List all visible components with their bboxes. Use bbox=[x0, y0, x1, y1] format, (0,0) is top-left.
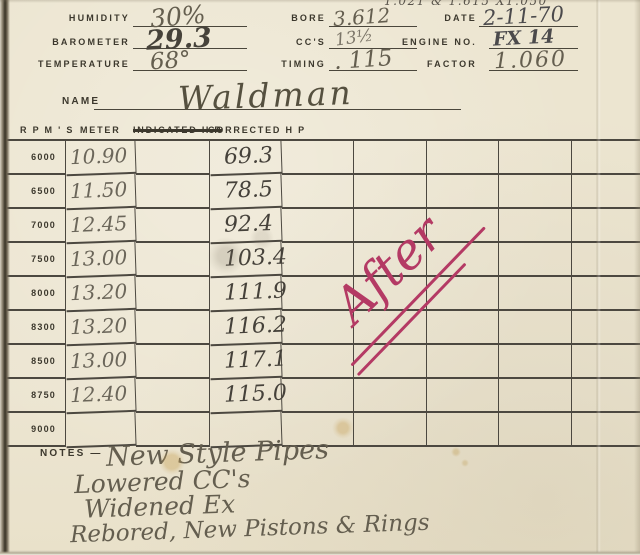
dyno-test-sheet: 1.021 & 1.615 X1.050 HUMIDITY 30% BAROME… bbox=[0, 0, 640, 555]
corrected-cell: 103.4 bbox=[209, 242, 282, 278]
corrected-cell: 69.3 bbox=[209, 140, 282, 176]
rpm-cell: 6000 bbox=[5, 141, 66, 175]
col-header-meter: METER bbox=[80, 125, 121, 135]
factor-label: FACTOR bbox=[427, 59, 477, 69]
rpm-cell: 9000 bbox=[5, 413, 66, 447]
indicated-cell bbox=[136, 311, 210, 345]
bore-label: BORE bbox=[291, 13, 326, 23]
name-value: Waldman bbox=[177, 73, 354, 118]
corrected-cell: 115.0 bbox=[209, 378, 282, 414]
rpm-cell: 7500 bbox=[5, 243, 66, 277]
meter-cell: 10.90 bbox=[65, 140, 136, 176]
timing-label: TIMING bbox=[281, 59, 326, 69]
engine-no-label: ENGINE NO. bbox=[402, 37, 477, 47]
indicated-cell bbox=[136, 209, 210, 243]
meter-cell: 12.45 bbox=[65, 208, 136, 244]
corrected-cell: 111.9 bbox=[209, 276, 282, 312]
corrected-cell: 117.1 bbox=[209, 344, 282, 380]
indicated-cell bbox=[136, 379, 210, 413]
rpm-cell: 8000 bbox=[5, 277, 66, 311]
indicated-cell bbox=[136, 175, 210, 209]
indicated-cell bbox=[136, 243, 210, 277]
indicated-cell bbox=[136, 277, 210, 311]
meter-cell: 13.20 bbox=[65, 310, 136, 346]
indicated-cell bbox=[136, 141, 210, 175]
meter-cell: 12.40 bbox=[65, 378, 136, 414]
notes-label: NOTES — bbox=[40, 448, 103, 459]
humidity-label: HUMIDITY bbox=[69, 13, 130, 23]
barometer-label: BAROMETER bbox=[52, 37, 130, 47]
meter-cell: 13.00 bbox=[65, 344, 136, 380]
col-header-corrected: CORRECTED H P bbox=[208, 125, 306, 135]
rpm-cell: 6500 bbox=[5, 175, 66, 209]
date-label: DATE bbox=[444, 13, 477, 23]
corrected-cell: 78.5 bbox=[209, 174, 282, 210]
timing-value: . 115 bbox=[333, 45, 393, 75]
scan-edge-bottom bbox=[0, 550, 640, 555]
temperature-value: 68° bbox=[149, 47, 191, 76]
scan-edge-right bbox=[634, 0, 640, 555]
meter-cell: 11.50 bbox=[65, 174, 136, 210]
temperature-label: TEMPERATURE bbox=[38, 59, 130, 69]
meter-cell: 13.00 bbox=[65, 242, 136, 278]
col-header-rpm: R P M ' S bbox=[20, 125, 74, 135]
scan-edge-top bbox=[0, 0, 640, 3]
indicated-cell bbox=[136, 345, 210, 379]
rpm-cell: 7000 bbox=[5, 209, 66, 243]
name-label: NAME bbox=[62, 96, 100, 107]
rpm-cell: 8750 bbox=[5, 379, 66, 413]
rpm-cell: 8300 bbox=[5, 311, 66, 345]
scan-edge-left bbox=[0, 0, 10, 555]
rpm-cell: 8500 bbox=[5, 345, 66, 379]
meter-cell: 13.20 bbox=[65, 276, 136, 312]
corrected-cell: 92.4 bbox=[209, 208, 282, 244]
factor-value: 1.060 bbox=[494, 47, 568, 75]
ccs-label: CC'S bbox=[296, 37, 326, 47]
corrected-cell: 116.2 bbox=[209, 310, 282, 346]
